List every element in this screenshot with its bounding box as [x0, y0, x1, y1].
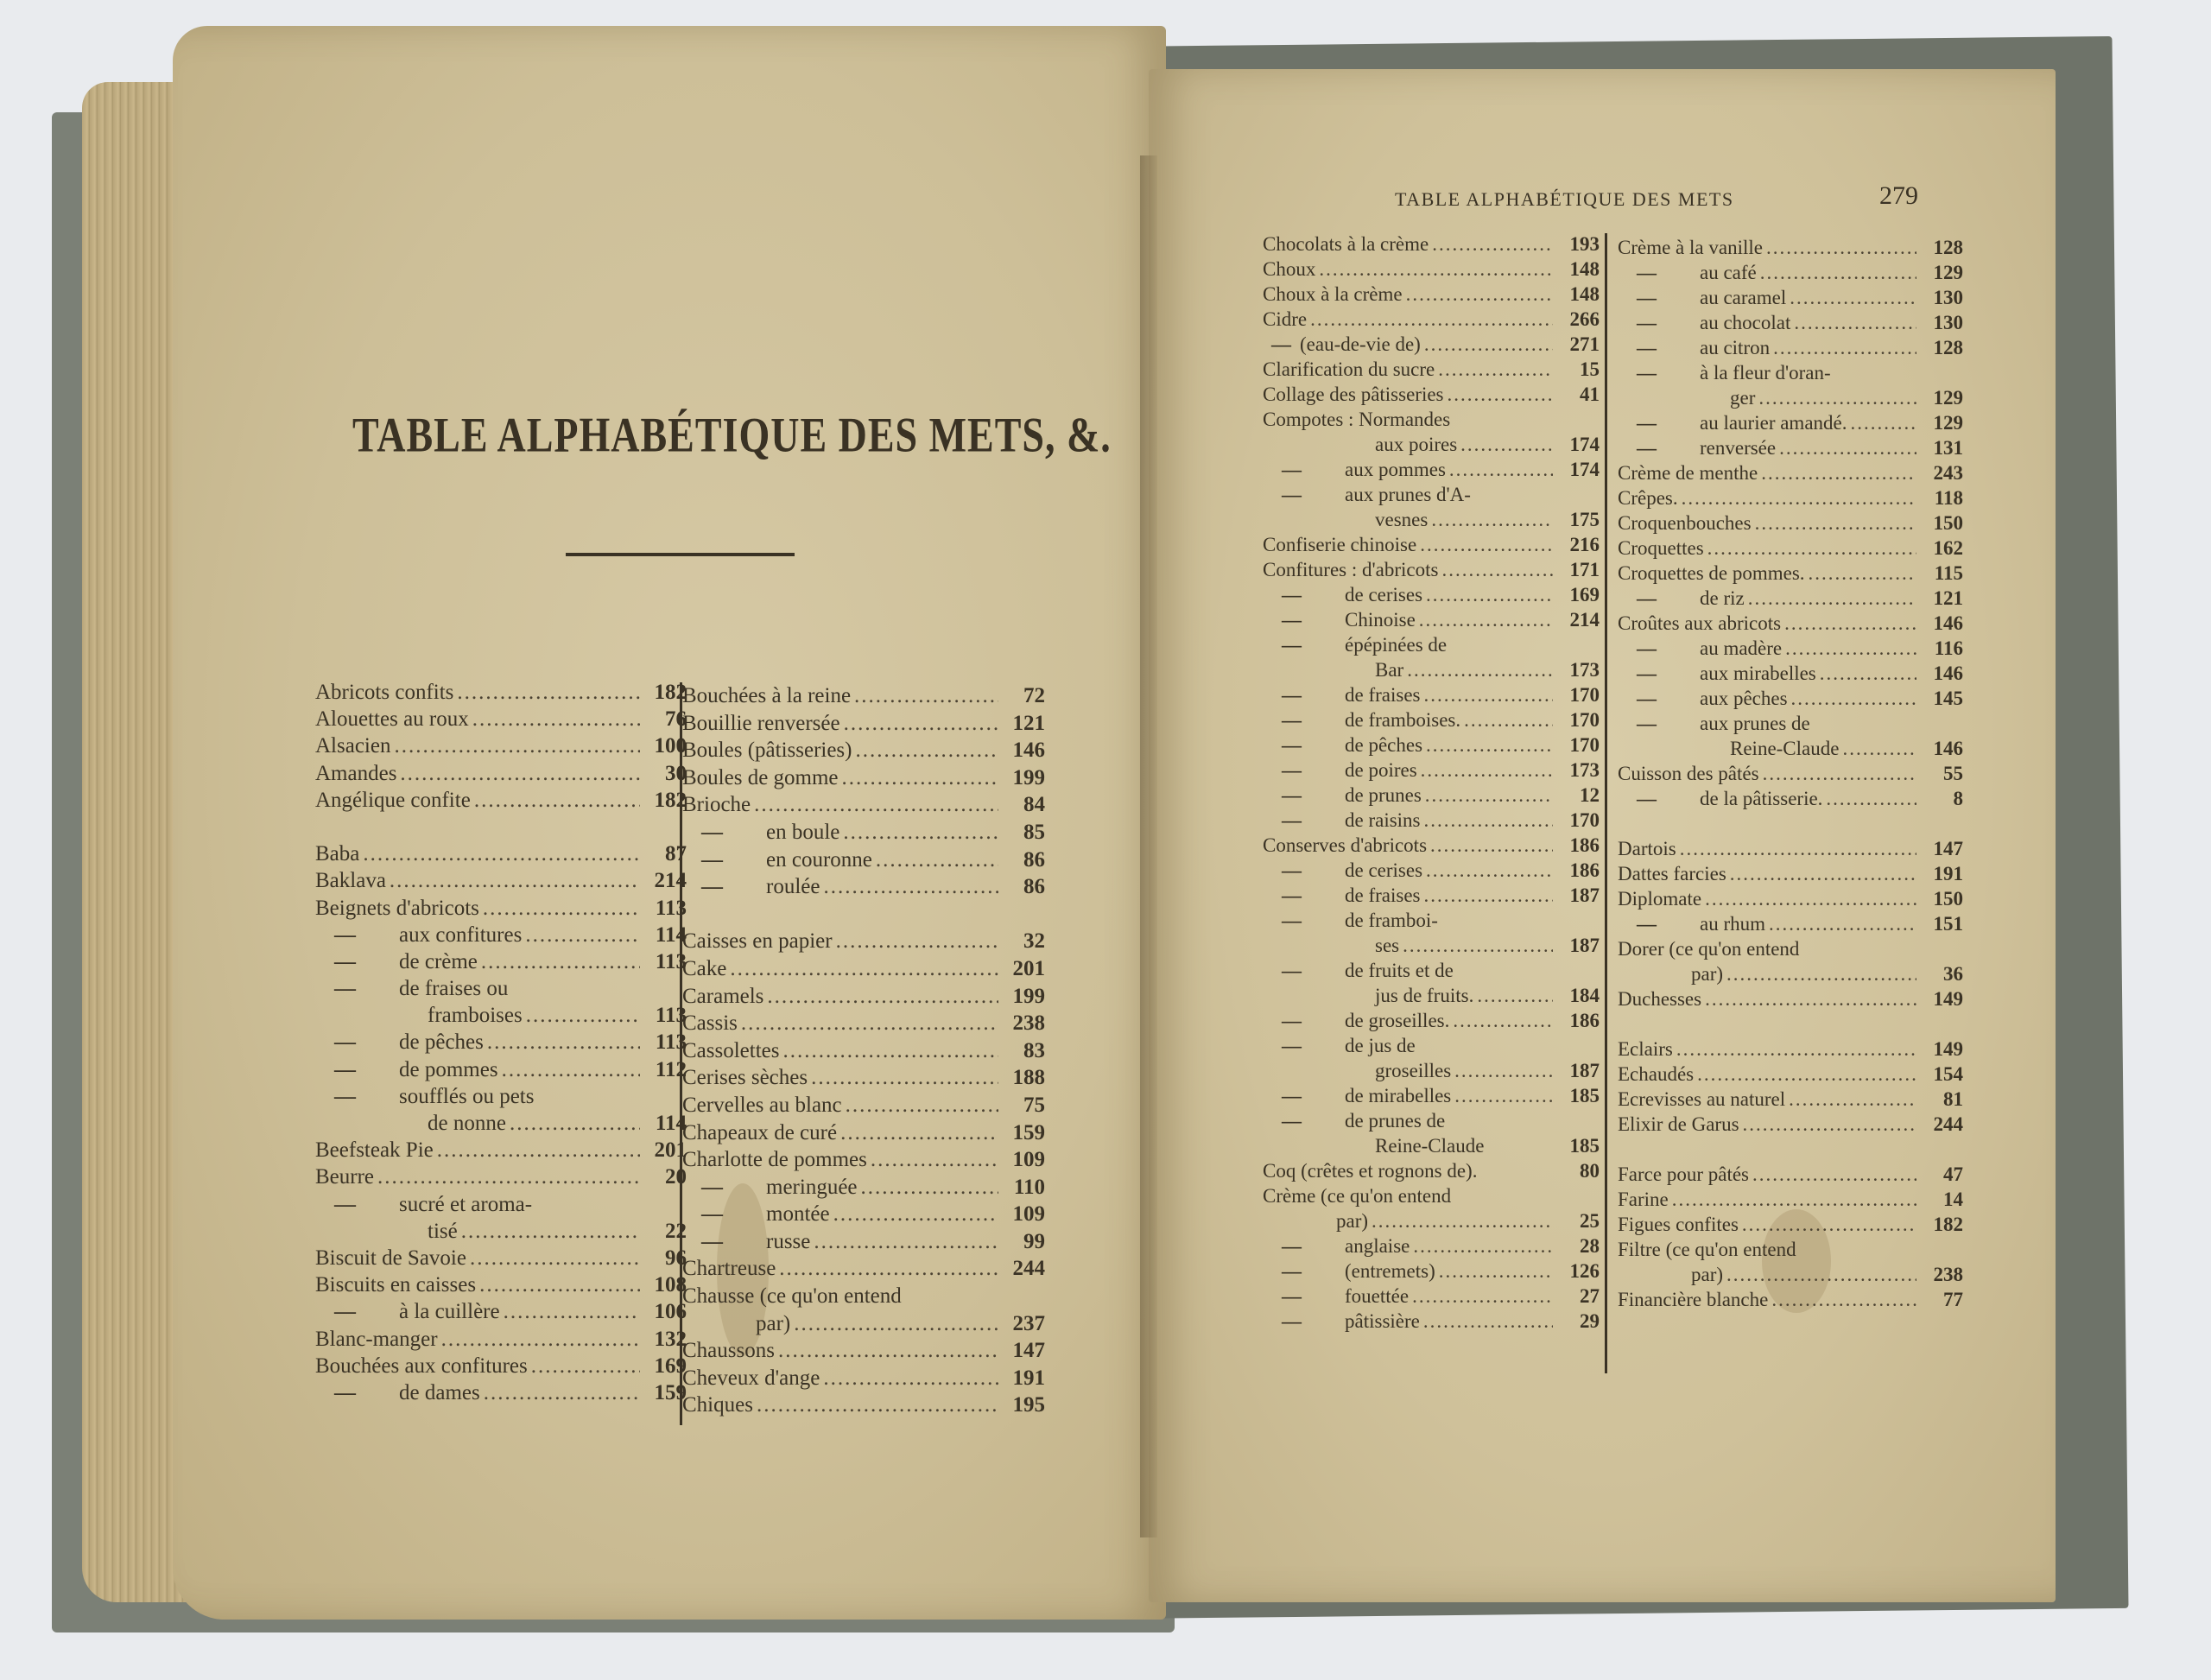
entry-label: Blanc-manger [315, 1326, 438, 1353]
entry-label: épépinées de [1345, 632, 1447, 657]
leader-dots [470, 1245, 640, 1271]
leader-dots [1785, 636, 1916, 661]
leader-dots [843, 819, 998, 846]
entry-page-number: 195 [1002, 1392, 1045, 1418]
leader-dots [472, 706, 640, 732]
leader-dots [741, 1010, 998, 1037]
index-entry: —anglaise28 [1263, 1233, 1600, 1258]
leader-dots [1842, 736, 1916, 761]
entry-label: au café [1700, 260, 1757, 285]
entry-label: montée [766, 1201, 830, 1227]
entry-label: Biscuit de Savoie [315, 1245, 466, 1271]
leader-dots [871, 1146, 998, 1173]
entry-page-number: 244 [1920, 1112, 1963, 1137]
ditto-dash: — [1637, 410, 1657, 435]
entry-label: Echaudés [1618, 1062, 1694, 1087]
entry-label: Boules (pâtisseries) [682, 737, 852, 764]
index-entry: —de fraises170 [1263, 682, 1600, 707]
entry-page-number: 214 [1556, 607, 1600, 632]
index-entry: Chocolats à la crème193 [1263, 231, 1600, 257]
entry-page-number: 36 [1920, 961, 1963, 986]
entry-label: renversée [1700, 435, 1776, 460]
entry-label: au madère [1700, 636, 1782, 661]
entry-page-number: 199 [1002, 983, 1045, 1010]
column-divider [1605, 233, 1607, 1373]
entry-page-number: 86 [1002, 846, 1045, 873]
leader-dots [1791, 686, 1916, 711]
ditto-dash: — [1637, 586, 1657, 611]
entry-label: de pêches [1345, 732, 1422, 758]
entry-page-number: 55 [1920, 761, 1963, 786]
entry-page-number: 170 [1556, 732, 1600, 758]
entry-label: de mirabelles [1345, 1083, 1451, 1108]
entry-label: Chiques [682, 1392, 753, 1418]
entry-label: Crème de menthe [1618, 460, 1758, 485]
index-entry: —au café129 [1618, 260, 1963, 285]
entry-label: Croquettes [1618, 536, 1704, 561]
leader-dots [1697, 1062, 1916, 1087]
entry-page-number: 85 [1002, 819, 1045, 846]
entry-label: aux prunes d'A- [1345, 482, 1471, 507]
entry-page-number: 173 [1556, 758, 1600, 783]
entry-label: Brioche [682, 791, 751, 818]
ditto-dash: — [1282, 758, 1302, 783]
entry-label: Bouchées à la reine [682, 682, 851, 709]
leader-dots [1748, 586, 1916, 611]
index-entry: —au madère116 [1618, 636, 1963, 661]
index-entry: —aux pommes174 [1263, 457, 1600, 482]
index-entry: —aux prunes d'A- [1263, 482, 1600, 507]
leader-dots [1809, 561, 1916, 586]
index-entry: aux poires174 [1263, 432, 1600, 457]
leader-dots [1794, 310, 1916, 335]
leader-dots [1426, 732, 1553, 758]
entry-page-number: 30 [643, 760, 687, 787]
entry-label: Bouillie renversée [682, 710, 840, 737]
entry-page-number: 201 [643, 1137, 687, 1163]
entry-page-number: 186 [1556, 833, 1600, 858]
leader-dots [1779, 435, 1916, 460]
leader-dots [1420, 532, 1553, 557]
entry-label: Dattes farcies [1618, 861, 1726, 886]
index-entry: groseilles187 [1263, 1058, 1600, 1083]
entry-page-number: 128 [1920, 235, 1963, 260]
leader-dots [1431, 507, 1553, 532]
ditto-dash: — [701, 1201, 723, 1227]
leader-dots [1743, 1112, 1916, 1137]
entry-label: Reine-Claude [1730, 736, 1839, 761]
index-entry: —de fraises ou [315, 975, 687, 1002]
leader-dots [1851, 410, 1917, 435]
index-entry: —de la pâtisserie.8 [1618, 786, 1963, 811]
leader-dots [1730, 861, 1916, 886]
index-entry: —aux pêches145 [1618, 686, 1963, 711]
leader-dots [842, 764, 998, 791]
leader-dots [1820, 661, 1916, 686]
entry-page-number: 113 [643, 948, 687, 975]
ditto-dash: — [701, 873, 723, 900]
index-entry: ses187 [1263, 933, 1600, 958]
section-gap [315, 814, 687, 840]
entry-page-number: 151 [1920, 911, 1963, 936]
ditto-dash: — [1637, 711, 1657, 736]
entry-label: Baba [315, 840, 359, 867]
leader-dots [861, 1174, 998, 1201]
index-entry: Duchesses149 [1618, 986, 1963, 1011]
ditto-dash: — [1282, 707, 1302, 732]
index-entry: tisé22 [315, 1218, 687, 1245]
index-entry: Croquenbouches150 [1618, 510, 1963, 536]
entry-page-number: 121 [1920, 586, 1963, 611]
entry-label: Beignets d'abricots [315, 895, 479, 922]
entry-page-number: 159 [643, 1379, 687, 1406]
entry-label: Chinoise [1345, 607, 1416, 632]
entry-label: par) [1691, 961, 1723, 986]
ditto-dash: — [334, 1056, 356, 1083]
entry-label: aux confitures [399, 922, 522, 948]
entry-page-number: 170 [1556, 808, 1600, 833]
entry-page-number: 20 [643, 1163, 687, 1190]
leader-dots [854, 682, 998, 709]
entry-page-number: 201 [1002, 955, 1045, 982]
leader-dots [1448, 382, 1553, 407]
index-entry: Cervelles au blanc75 [682, 1092, 1045, 1119]
entry-page-number: 238 [1920, 1262, 1963, 1287]
entry-page-number: 146 [1920, 661, 1963, 686]
entry-page-number: 146 [1920, 611, 1963, 636]
leader-dots [1372, 1208, 1553, 1233]
entry-page-number: 148 [1556, 282, 1600, 307]
index-entry: Confitures : d'abricots171 [1263, 557, 1600, 582]
entry-label: de cerises [1345, 858, 1422, 883]
entry-page-number: 128 [1920, 335, 1963, 360]
entry-label: de fruits et de [1345, 958, 1454, 983]
entry-label: Choux [1263, 257, 1315, 282]
leader-dots [1424, 332, 1553, 357]
index-entry: Alouettes au roux76 [315, 706, 687, 732]
leader-dots [730, 955, 998, 982]
entry-label: Figues confites [1618, 1212, 1739, 1237]
index-entry: Beefsteak Pie201 [315, 1137, 687, 1163]
leader-dots [483, 895, 640, 922]
entry-label: (eau-de-vie de) [1300, 332, 1421, 357]
entry-label: Elixir de Garus [1618, 1112, 1739, 1137]
entry-page-number: 113 [643, 895, 687, 922]
index-entry: Baba87 [315, 840, 687, 867]
index-entry: Bar173 [1263, 657, 1600, 682]
index-entry: Crème à la vanille128 [1618, 235, 1963, 260]
entry-page-number: 106 [643, 1298, 687, 1325]
entry-label: Chaussons [682, 1337, 775, 1364]
entry-page-number: 109 [1002, 1146, 1045, 1173]
ditto-dash: — [1282, 457, 1302, 482]
index-entry: Figues confites182 [1618, 1212, 1963, 1237]
index-entry: Caisses en papier32 [682, 928, 1045, 955]
index-entry: —roulée86 [682, 873, 1045, 901]
index-entry: Chartreuse244 [682, 1255, 1045, 1283]
leader-dots [1790, 285, 1916, 310]
entry-page-number: 77 [1920, 1287, 1963, 1312]
entry-label: de prunes [1345, 783, 1422, 808]
entry-label: Confitures : d'abricots [1263, 557, 1438, 582]
leader-dots [1421, 758, 1553, 783]
leader-dots [1760, 260, 1916, 285]
leader-dots [1742, 1212, 1916, 1237]
index-entry: —Chinoise214 [1263, 607, 1600, 632]
entry-label: Cassis [682, 1010, 738, 1037]
ditto-dash: — [1637, 260, 1657, 285]
leader-dots [437, 1137, 640, 1163]
ditto-dash: — [334, 1298, 356, 1325]
index-entry: —au rhum151 [1618, 911, 1963, 936]
entry-label: aux mirabelles [1700, 661, 1816, 686]
entry-label: Caisses en papier [682, 928, 833, 954]
index-entry: —de pêches170 [1263, 732, 1600, 758]
index-entry: par)238 [1618, 1262, 1963, 1287]
entry-label: Farine [1618, 1187, 1669, 1212]
index-entry: —soufflés ou pets [315, 1083, 687, 1110]
entry-label: sucré et aroma- [399, 1191, 532, 1218]
index-entry: —au chocolat130 [1618, 310, 1963, 335]
index-entry: Conserves d'abricots186 [1263, 833, 1600, 858]
entry-label: ger [1730, 385, 1755, 410]
entry-page-number: 175 [1556, 507, 1600, 532]
index-entry: —de framboises.170 [1263, 707, 1600, 732]
index-entry: —aux prunes de [1618, 711, 1963, 736]
ditto-dash: — [1282, 582, 1302, 607]
entry-page-number: 174 [1556, 432, 1600, 457]
entry-page-number: 182 [1920, 1212, 1963, 1237]
entry-label: jus de fruits. [1375, 983, 1473, 1008]
entry-page-number: 25 [1556, 1208, 1600, 1233]
ditto-dash: — [334, 975, 356, 1002]
leader-dots [1464, 707, 1553, 732]
leader-dots [1784, 611, 1916, 636]
leader-dots [390, 867, 640, 894]
entry-page-number: 199 [1002, 764, 1045, 791]
entry-page-number: 47 [1920, 1162, 1963, 1187]
index-entry: —renversée131 [1618, 435, 1963, 460]
ditto-dash: — [701, 846, 723, 873]
index-entry: Baklava214 [315, 867, 687, 894]
index-entry: Choux à la crème148 [1263, 282, 1600, 307]
entry-page-number: 174 [1556, 457, 1600, 482]
entry-label: de crème [399, 948, 478, 975]
leader-dots [1432, 231, 1553, 257]
entry-label: Caramels [682, 983, 763, 1010]
leader-dots [1413, 1233, 1553, 1258]
leader-dots [1453, 1008, 1553, 1033]
entry-label: Amandes [315, 760, 396, 787]
leader-dots [394, 732, 640, 759]
index-entry: Echaudés154 [1618, 1062, 1963, 1087]
index-entry: Confiserie chinoise216 [1263, 532, 1600, 557]
index-entry: —de poires173 [1263, 758, 1600, 783]
entry-label: Filtre (ce qu'on entend [1618, 1237, 1796, 1262]
index-entry: —aux mirabelles146 [1618, 661, 1963, 686]
entry-label: Confiserie chinoise [1263, 532, 1416, 557]
section-gap [1618, 1137, 1963, 1162]
leader-dots [1726, 961, 1916, 986]
entry-label: meringuée [766, 1174, 858, 1201]
entry-page-number: 147 [1002, 1337, 1045, 1364]
entry-label: Eclairs [1618, 1037, 1673, 1062]
leader-dots [525, 922, 640, 948]
index-entry: par)36 [1618, 961, 1963, 986]
ditto-dash: — [1282, 883, 1302, 908]
leader-dots [1761, 460, 1916, 485]
index-entry: Cerises sèches188 [682, 1064, 1045, 1092]
index-entry: —de crème113 [315, 948, 687, 975]
index-entry: Boules de gomme199 [682, 764, 1045, 792]
entry-page-number: 184 [1556, 983, 1600, 1008]
ditto-dash: — [1282, 1008, 1302, 1033]
entry-page-number: 72 [1002, 682, 1045, 709]
entry-label: de framboises. [1345, 707, 1460, 732]
entry-page-number: 81 [1920, 1087, 1963, 1112]
entry-label: vesnes [1375, 507, 1428, 532]
entry-page-number: 146 [1920, 736, 1963, 761]
entry-page-number: 271 [1556, 332, 1600, 357]
index-entry: Collage des pâtisseries41 [1263, 382, 1600, 407]
leader-dots [502, 1056, 640, 1083]
leader-dots [1763, 761, 1916, 786]
leader-dots [1771, 1287, 1916, 1312]
leader-dots [1406, 282, 1553, 307]
index-entry: —en boule85 [682, 819, 1045, 846]
index-entry: —pâtissière29 [1263, 1309, 1600, 1334]
entry-page-number: 126 [1556, 1258, 1600, 1284]
entry-label: (entremets) [1345, 1258, 1435, 1284]
index-entry: jus de fruits.184 [1263, 983, 1600, 1008]
leader-dots [823, 1365, 998, 1392]
entry-page-number: 130 [1920, 285, 1963, 310]
ditto-dash: — [334, 1379, 356, 1406]
entry-page-number: 186 [1556, 1008, 1600, 1033]
entry-page-number: 182 [643, 679, 687, 706]
entry-page-number: 129 [1920, 410, 1963, 435]
book-gutter [1140, 155, 1157, 1537]
index-entry: —fouettée27 [1263, 1284, 1600, 1309]
entry-page-number: 186 [1556, 858, 1600, 883]
index-entry: par)25 [1263, 1208, 1600, 1233]
entry-page-number: 243 [1920, 460, 1963, 485]
entry-page-number: 170 [1556, 682, 1600, 707]
entry-page-number: 169 [1556, 582, 1600, 607]
entry-label: aux prunes de [1700, 711, 1810, 736]
leader-dots [1439, 1258, 1553, 1284]
entry-label: framboises [428, 1002, 523, 1029]
ditto-dash: — [1637, 360, 1657, 385]
index-entry: Choux148 [1263, 257, 1600, 282]
ditto-dash: — [1282, 632, 1302, 657]
entry-page-number: 216 [1556, 532, 1600, 557]
entry-label: Financière blanche [1618, 1287, 1768, 1312]
index-entry: ger129 [1618, 385, 1963, 410]
leader-dots [811, 1064, 998, 1091]
leader-dots [1676, 1037, 1916, 1062]
index-entry: Caramels199 [682, 983, 1045, 1011]
index-entry: —de fruits et de [1263, 958, 1600, 983]
entry-page-number: 114 [643, 922, 687, 948]
index-entry: Reine-Claude185 [1263, 1133, 1600, 1158]
entry-label: Alsacien [315, 732, 390, 759]
index-entry: Croûtes aux abricots146 [1618, 611, 1963, 636]
entry-label: Alouettes au roux [315, 706, 469, 732]
index-entry: Chaussons147 [682, 1337, 1045, 1365]
entry-label: Croquenbouches [1618, 510, 1752, 536]
entry-label: de fraises [1345, 682, 1421, 707]
entry-label: au citron [1700, 335, 1770, 360]
leader-dots [778, 1337, 998, 1364]
leader-dots [1425, 783, 1553, 808]
ditto-dash: — [1637, 661, 1657, 686]
entry-label: Abricots confits [315, 679, 453, 706]
entry-label: Bouchées aux confitures [315, 1353, 528, 1379]
leader-dots [526, 1002, 640, 1029]
index-entry: —russe99 [682, 1228, 1045, 1256]
entry-label: de raisins [1345, 808, 1421, 833]
index-entry: Crème (ce qu'on entend [1263, 1183, 1600, 1208]
entry-label: groseilles [1375, 1058, 1451, 1083]
entry-page-number: 96 [643, 1245, 687, 1271]
entry-page-number: 149 [1920, 1037, 1963, 1062]
entry-page-number: 131 [1920, 435, 1963, 460]
ditto-dash: — [1637, 911, 1657, 936]
leader-dots [479, 1271, 640, 1298]
index-entry: —de framboi- [1263, 908, 1600, 933]
entry-page-number: 169 [643, 1353, 687, 1379]
leader-dots [1441, 557, 1553, 582]
entry-label: russe [766, 1228, 810, 1255]
leader-dots [1707, 536, 1916, 561]
index-entry: —de prunes de [1263, 1108, 1600, 1133]
leader-dots [757, 1392, 998, 1418]
entry-page-number: 171 [1556, 557, 1600, 582]
leader-dots [840, 1119, 998, 1146]
index-entry: —(eau-de-vie de)271 [1263, 332, 1600, 357]
index-entry: Cheveux d'ange191 [682, 1365, 1045, 1392]
leader-dots [876, 846, 998, 873]
index-entry: Clarification du sucre15 [1263, 357, 1600, 382]
index-entry: —de cerises169 [1263, 582, 1600, 607]
entry-label: Reine-Claude [1375, 1133, 1484, 1158]
entry-page-number: 27 [1556, 1284, 1600, 1309]
index-entry: —(entremets)126 [1263, 1258, 1600, 1284]
entry-label: roulée [766, 873, 820, 900]
entry-label: au caramel [1700, 285, 1786, 310]
leader-dots [767, 983, 998, 1010]
leader-dots [487, 1029, 640, 1056]
leader-dots [846, 1092, 998, 1119]
index-entry: Coq (crêtes et rognons de).80 [1263, 1158, 1600, 1183]
leader-dots [1705, 986, 1916, 1011]
leader-dots [855, 737, 998, 764]
leader-dots [1758, 385, 1916, 410]
leader-dots [1672, 1187, 1916, 1212]
entry-label: Chausse (ce qu'on entend [682, 1283, 902, 1309]
entry-page-number: 148 [1556, 257, 1600, 282]
entry-page-number: 129 [1920, 385, 1963, 410]
index-entry: —de prunes12 [1263, 783, 1600, 808]
index-entry: Bouchées aux confitures169 [315, 1353, 687, 1379]
ditto-dash: — [1282, 1258, 1302, 1284]
index-entry: —de fraises187 [1263, 883, 1600, 908]
entry-label: Coq (crêtes et rognons de). [1263, 1158, 1477, 1183]
entry-page-number: 132 [643, 1326, 687, 1353]
leader-dots [1477, 983, 1553, 1008]
entry-page-number: 145 [1920, 686, 1963, 711]
